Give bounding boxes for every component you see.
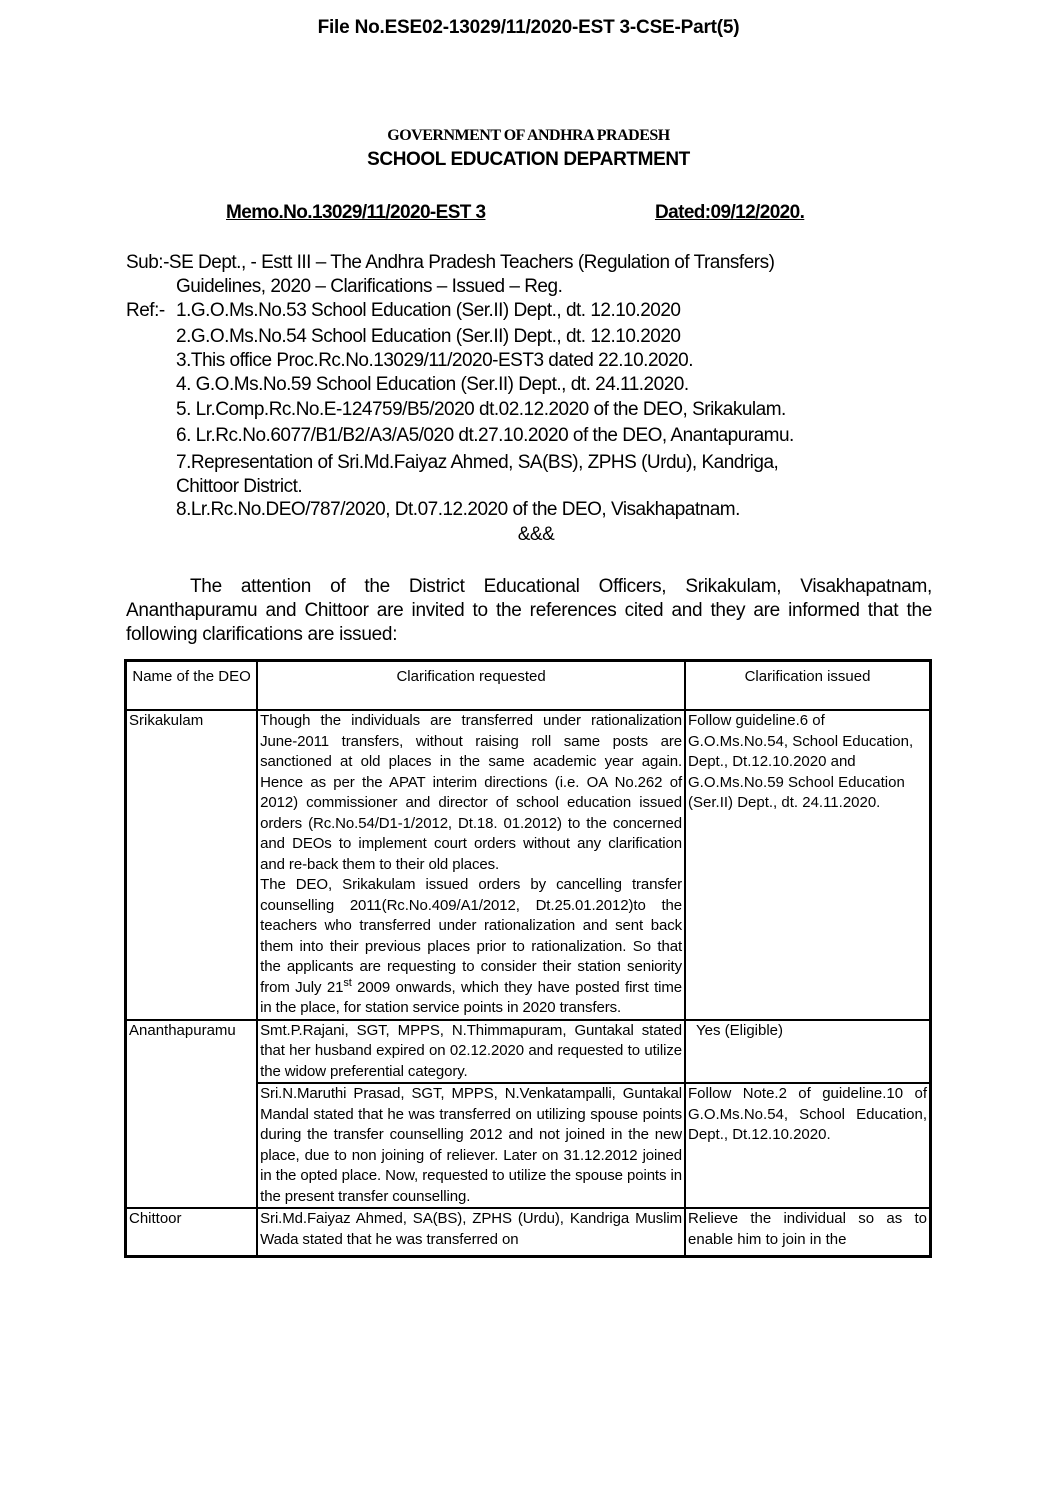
memo-date: Dated:09/12/2020. bbox=[655, 202, 804, 224]
clarification-requested: Smt.P.Rajani, SGT, MPPS, N.Thimmapuram, … bbox=[257, 1020, 685, 1084]
clarification-requested: Though the individuals are transferred u… bbox=[257, 710, 685, 1020]
issued-text: Relieve the individual so as to enable h… bbox=[688, 1209, 927, 1255]
superscript: st bbox=[343, 977, 351, 989]
intro-paragraph: The attention of the District Educationa… bbox=[126, 575, 932, 647]
memo-number: Memo.No.13029/11/2020-EST 3 bbox=[226, 202, 485, 224]
clarification-issued: Yes (Eligible) bbox=[685, 1020, 930, 1084]
reference-item: 7.Representation of Sri.Md.Faiyaz Ahmed,… bbox=[176, 452, 778, 474]
department-heading: SCHOOL EDUCATION DEPARTMENT bbox=[0, 149, 1057, 171]
header-deo: Name of the DEO bbox=[126, 661, 258, 711]
government-heading: GOVERNMENT OF ANDHRA PRADESH bbox=[0, 127, 1057, 145]
file-number: File No.ESE02-13029/11/2020-EST 3-CSE-Pa… bbox=[0, 17, 1057, 39]
clarification-issued: Relieve the individual so as to enable h… bbox=[685, 1208, 930, 1257]
deo-name: Srikakulam bbox=[126, 710, 258, 1020]
reference-item: 5. Lr.Comp.Rc.No.E-124759/B5/2020 dt.02.… bbox=[176, 399, 786, 421]
requested-text: Sri.Md.Faiyaz Ahmed, SA(BS), ZPHS (Urdu)… bbox=[260, 1209, 682, 1255]
deo-name: Chittoor bbox=[126, 1208, 258, 1257]
table-header-row: Name of the DEO Clarification requested … bbox=[126, 661, 931, 711]
clarification-issued: Follow Note.2 of guideline.10 of G.O.Ms.… bbox=[685, 1083, 930, 1208]
subject-line-1: Sub:-SE Dept., - Estt III – The Andhra P… bbox=[126, 252, 774, 274]
reference-item: 3.This office Proc.Rc.No.13029/11/2020-E… bbox=[176, 350, 693, 372]
header-requested: Clarification requested bbox=[257, 661, 685, 711]
table-row: Ananthapuramu Smt.P.Rajani, SGT, MPPS, N… bbox=[126, 1020, 931, 1084]
table-row: Srikakulam Though the individuals are tr… bbox=[126, 710, 931, 1020]
reference-item: 2.G.O.Ms.No.54 School Education (Ser.II)… bbox=[176, 326, 680, 348]
reference-item: 6. Lr.Rc.No.6077/B1/B2/A3/A5/020 dt.27.1… bbox=[176, 425, 794, 447]
table-row: Chittoor Sri.Md.Faiyaz Ahmed, SA(BS), ZP… bbox=[126, 1208, 931, 1257]
deo-name: Ananthapuramu bbox=[126, 1020, 258, 1209]
clarification-requested: Sri.Md.Faiyaz Ahmed, SA(BS), ZPHS (Urdu)… bbox=[257, 1208, 685, 1257]
requested-paragraph: The DEO, Srikakulam issued orders by can… bbox=[260, 875, 682, 1019]
reference-item: 1.G.O.Ms.No.53 School Education (Ser.II)… bbox=[176, 300, 680, 322]
requested-paragraph: Though the individuals are transferred u… bbox=[260, 711, 682, 875]
separator: &&& bbox=[0, 524, 1057, 546]
clarifications-table: Name of the DEO Clarification requested … bbox=[124, 659, 932, 1258]
intro-text: The attention of the District Educationa… bbox=[126, 576, 932, 645]
clarification-requested: Sri.N.Maruthi Prasad, SGT, MPPS, N.Venka… bbox=[257, 1083, 685, 1208]
header-issued: Clarification issued bbox=[685, 661, 930, 711]
subject-line-2: Guidelines, 2020 – Clarifications – Issu… bbox=[176, 276, 562, 298]
references-prefix: Ref:- bbox=[126, 300, 165, 322]
clarification-issued: Follow guideline.6 of G.O.Ms.No.54, Scho… bbox=[685, 710, 930, 1020]
reference-item: Chittoor District. bbox=[176, 476, 302, 498]
reference-item: 8.Lr.Rc.No.DEO/787/2020, Dt.07.12.2020 o… bbox=[176, 499, 740, 521]
reference-item: 4. G.O.Ms.No.59 School Education (Ser.II… bbox=[176, 374, 689, 396]
